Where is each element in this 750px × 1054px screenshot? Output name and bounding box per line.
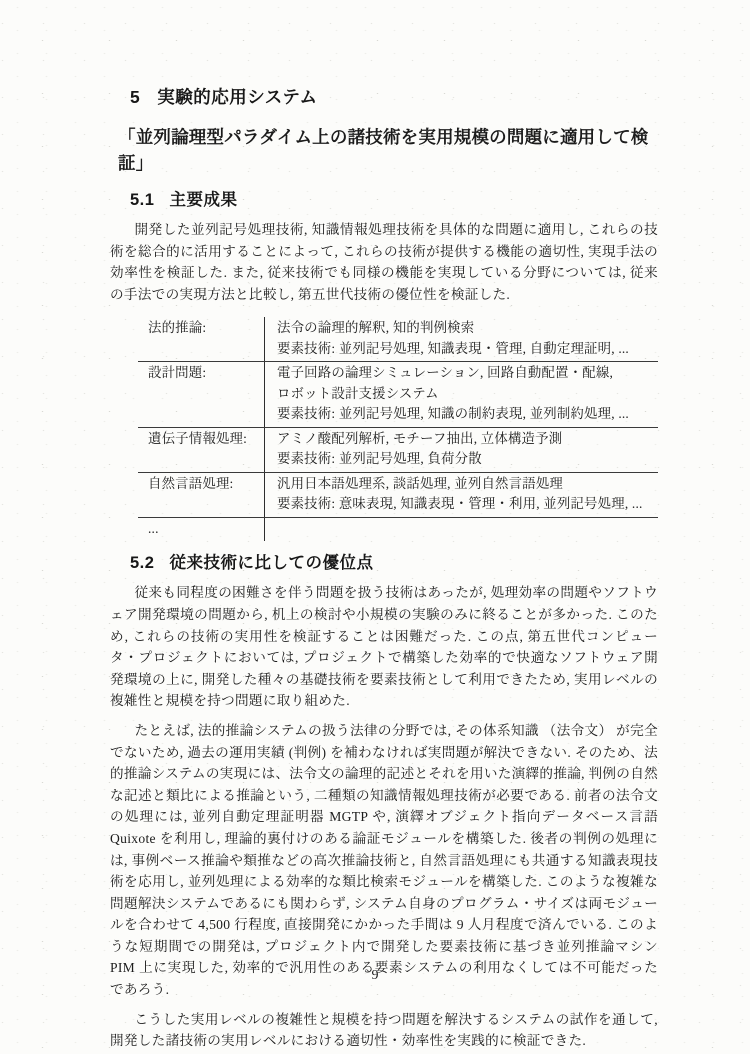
- subsection-title: 主要成果: [169, 191, 237, 209]
- table-row: 設計問題: 電子回路の論理シミュレーション, 回路自動配置・配線, ロボット設計…: [138, 362, 658, 428]
- row-label: 遺伝子情報処理:: [138, 427, 265, 472]
- subsection-number: 5.1: [130, 191, 154, 209]
- main-results-paragraph: 開発した並列記号処理技術, 知識情報処理技術を具体的な問題に適用し, これらの技…: [110, 219, 658, 305]
- page-content: 5実験的応用システム 「並列論理型パラダイム上の諸技術を実用規模の問題に適用して…: [110, 86, 658, 1052]
- row-label: 設計問題:: [138, 362, 265, 428]
- page-number: 9: [0, 968, 750, 984]
- row-content: [265, 517, 659, 541]
- advantages-paragraph-3: こうした実用レベルの複雑性と規模を持つ問題を解決するシステムの試作を通して, 開…: [110, 1009, 658, 1052]
- row-content: 電子回路の論理シミュレーション, 回路自動配置・配線, ロボット設計支援システム…: [265, 362, 659, 428]
- subsection-number: 5.2: [130, 554, 154, 572]
- content-line: 要素技術: 並列記号処理, 負荷分散: [277, 449, 658, 470]
- row-label: ...: [138, 517, 265, 541]
- section-5-1-heading: 5.1主要成果: [130, 190, 658, 211]
- table-row: 法的推論: 法令の論理的解釈, 知的判例検索 要素技術: 並列記号処理, 知識表…: [138, 317, 658, 362]
- section-5-2-heading: 5.2従来技術に比しての優位点: [130, 553, 658, 574]
- row-label: 自然言語処理:: [138, 472, 265, 517]
- row-label: 法的推論:: [138, 317, 265, 362]
- row-content: 法令の論理的解釈, 知的判例検索 要素技術: 並列記号処理, 知識表現・管理, …: [265, 317, 659, 362]
- table-row: 遺伝子情報処理: アミノ酸配列解析, モチーフ抽出, 立体構造予測 要素技術: …: [138, 427, 658, 472]
- subsection-title: 従来技術に比しての優位点: [169, 554, 373, 572]
- table-row: ...: [138, 517, 658, 541]
- content-line: 要素技術: 並列記号処理, 知識表現・管理, 自動定理証明, ...: [277, 339, 658, 360]
- content-line: 汎用日本語処理系, 談話処理, 並列自然言語処理: [277, 474, 658, 495]
- applications-table: 法的推論: 法令の論理的解釈, 知的判例検索 要素技術: 並列記号処理, 知識表…: [138, 317, 658, 541]
- advantages-paragraph-1: 従来も同程度の困難さを伴う問題を扱う技術はあったが, 処理効率の問題やソフトウェ…: [110, 582, 658, 712]
- section-5-heading: 5実験的応用システム: [130, 86, 658, 108]
- content-line: 法令の論理的解釈, 知的判例検索: [277, 318, 658, 339]
- content-line: 電子回路の論理シミュレーション, 回路自動配置・配線,: [277, 363, 658, 384]
- advantages-paragraph-2: たとえば, 法的推論システムの扱う法律の分野では, その体系知識 （法令文） が…: [110, 720, 658, 1001]
- row-content: 汎用日本語処理系, 談話処理, 並列自然言語処理 要素技術: 意味表現, 知識表…: [265, 472, 659, 517]
- table-row: 自然言語処理: 汎用日本語処理系, 談話処理, 並列自然言語処理 要素技術: 意…: [138, 472, 658, 517]
- section-number: 5: [130, 87, 140, 107]
- scanned-document-page: { "doc": { "section5": { "number": "5", …: [0, 0, 750, 1054]
- content-line: ロボット設計支援システム: [277, 384, 658, 405]
- content-line: 要素技術: 並列記号処理, 知識の制約表現, 並列制約処理, ...: [277, 404, 658, 425]
- row-content: アミノ酸配列解析, モチーフ抽出, 立体構造予測 要素技術: 並列記号処理, 負…: [265, 427, 659, 472]
- section-title: 実験的応用システム: [157, 87, 317, 107]
- subtitle-quote: 「並列論理型パラダイム上の諸技術を実用規模の問題に適用して検証」: [118, 124, 658, 176]
- content-line: 要素技術: 意味表現, 知識表現・管理・利用, 並列記号処理, ...: [277, 494, 658, 515]
- content-line: アミノ酸配列解析, モチーフ抽出, 立体構造予測: [277, 429, 658, 450]
